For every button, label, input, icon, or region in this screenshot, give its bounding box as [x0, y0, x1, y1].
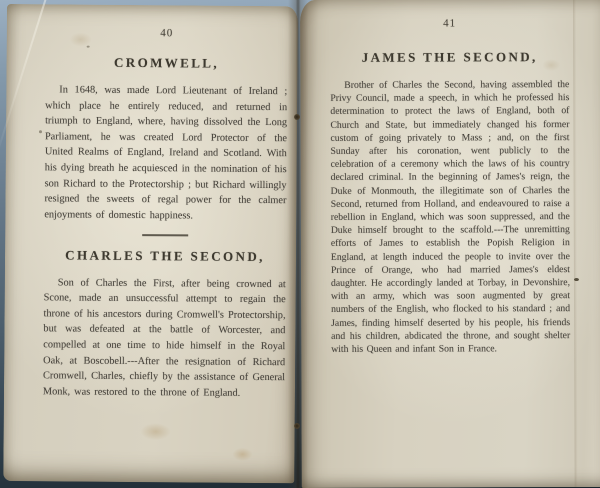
page-number: 40: [46, 26, 288, 40]
section-title-cromwell: CROMWELL,: [45, 54, 287, 72]
ink-speck: [39, 130, 42, 133]
section-body-charles-second: Son of Charles the First, after being cr…: [43, 275, 286, 402]
section-body-cromwell: In 1648, was made Lord Lieutenant of Ire…: [44, 82, 287, 224]
section-body-james-second: Brother of Charles the Second, having as…: [330, 78, 570, 356]
corner-fold-crease: [0, 0, 49, 162]
stain: [141, 423, 171, 440]
left-page-text-block: 40 CROMWELL, In 1648, was made Lord Lieu…: [43, 4, 288, 412]
right-page: 41 JAMES THE SECOND, Brother of Charles …: [300, 0, 600, 488]
left-page: 40 CROMWELL, In 1648, was made Lord Lieu…: [3, 4, 298, 483]
section-divider: [142, 234, 188, 236]
ink-speck: [574, 278, 579, 281]
right-page-text-block: 41 JAMES THE SECOND, Brother of Charles …: [330, 0, 570, 366]
section-title-charles-second: CHARLES THE SECOND,: [44, 247, 286, 265]
stain: [232, 448, 252, 461]
page-edge-crease: [573, 0, 578, 487]
stitch-hole-top: [294, 114, 300, 120]
page-number: 41: [330, 17, 569, 30]
stitch-hole-bottom: [294, 423, 300, 429]
open-book-photo: 40 CROMWELL, In 1648, was made Lord Lieu…: [0, 0, 600, 488]
section-title-james-second: JAMES THE SECOND,: [330, 49, 569, 66]
